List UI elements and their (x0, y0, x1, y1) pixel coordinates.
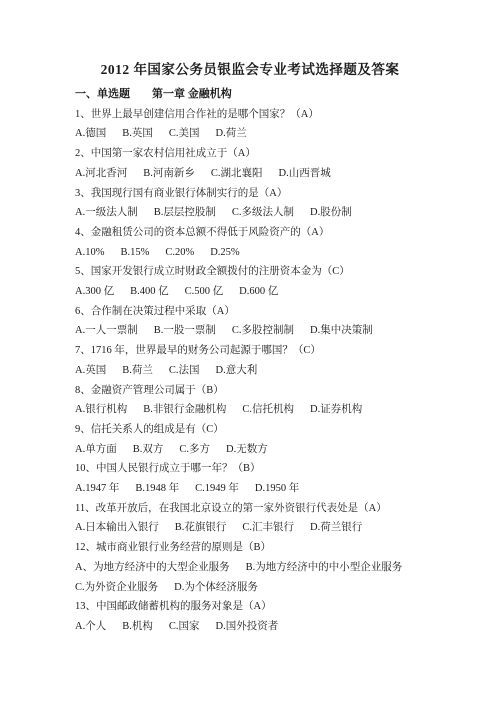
option-item: C.1949 年 (195, 479, 239, 499)
option-item: B.一股一票制 (154, 321, 216, 341)
options-line: A.单方面B.双方C.多方D.无数方 (75, 440, 445, 460)
question-block: 10、中国人民银行成立于哪一年？（B）A.1947 年B.1948 年C.194… (75, 459, 445, 498)
question-block: 5、国家开发银行成立时财政全额拨付的注册资本金为（C）A.300 亿B.400 … (75, 262, 445, 301)
option-item: C.多股控制制 (232, 321, 294, 341)
questions-list: 1、世界上最早创建信用合作社的是哪个国家？（A）A.德国B.英国C.美国D.荷兰… (75, 105, 445, 637)
option-item: C.法国 (169, 361, 200, 381)
option-item: D.证券机构 (310, 400, 362, 420)
question-block: 13、中国邮政储蓄机构的服务对象是（A）A.个人B.机构C.国家D.国外投资者 (75, 597, 445, 636)
option-item: D.国外投资者 (216, 617, 279, 637)
option-item: B.1948 年 (135, 479, 179, 499)
options-line: C.为外资企业服务D.为个体经济服务 (75, 578, 445, 598)
option-item: A.个人 (75, 617, 106, 637)
option-item: B.非银行金融机构 (143, 400, 226, 420)
page-title: 2012 年国家公务员银监会专业考试选择题及答案 (0, 0, 500, 83)
options-line: A.一人一票制B.一股一票制C.多股控制制D.集中决策制 (75, 321, 445, 341)
options-line: A.英国B.荷兰C.法国D.意大利 (75, 361, 445, 381)
option-item: A.日本输出入银行 (75, 518, 159, 538)
option-item: A.一级法人制 (75, 203, 138, 223)
option-item: C.20% (165, 243, 194, 263)
option-item: A、为地方经济中的大型企业服务 (75, 558, 230, 578)
option-item: A.10% (75, 243, 104, 263)
option-item: B.荷兰 (122, 361, 153, 381)
question-text: 13、中国邮政储蓄机构的服务对象是（A） (75, 597, 445, 617)
question-block: 11、改革开放后，在我国北京设立的第一家外资银行代表处是（A）A.日本输出入银行… (75, 499, 445, 538)
option-item: A.一人一票制 (75, 321, 138, 341)
options-line: A、为地方经济中的大型企业服务B.为地方经济中的中小型企业服务 (75, 558, 445, 578)
option-item: B.为地方经济中的中小型企业服务 (246, 558, 403, 578)
option-item: D.1950 年 (255, 479, 299, 499)
question-block: 7、1716 年，世界最早的财务公司起源于哪国？（C）A.英国B.荷兰C.法国D… (75, 341, 445, 380)
question-text: 4、金融租赁公司的资本总额不得低于风险资产的（A） (75, 223, 445, 243)
option-item: B.15% (120, 243, 149, 263)
option-item: D.25% (210, 243, 239, 263)
question-text: 9、信托关系人的组成是有（C） (75, 420, 445, 440)
option-item: B.机构 (122, 617, 153, 637)
options-line: A.个人B.机构C.国家D.国外投资者 (75, 617, 445, 637)
question-text: 6、合作制在决策过程中采取（A） (75, 302, 445, 322)
question-block: 12、城市商业银行业务经营的原则是（B）A、为地方经济中的大型企业服务B.为地方… (75, 538, 445, 597)
question-block: 1、世界上最早创建信用合作社的是哪个国家？（A）A.德国B.英国C.美国D.荷兰 (75, 105, 445, 144)
option-item: B.英国 (122, 124, 153, 144)
option-item: A.银行机构 (75, 400, 127, 420)
option-item: D.无数方 (226, 440, 268, 460)
options-line: A.10%B.15%C.20%D.25% (75, 243, 445, 263)
options-line: A.河北香河B.河南新乡C.湖北襄阳D.山西晋城 (75, 164, 445, 184)
option-item: C.湖北襄阳 (211, 164, 263, 184)
options-line: A.300 亿B.400 亿C.500 亿D.600 亿 (75, 282, 445, 302)
question-text: 1、世界上最早创建信用合作社的是哪个国家？（A） (75, 105, 445, 125)
question-block: 8、金融资产管理公司属于（B）A.银行机构B.非银行金融机构C.信托机构D.证券… (75, 381, 445, 420)
option-item: C.国家 (169, 617, 200, 637)
option-item: D.荷兰 (216, 124, 247, 144)
question-text: 11、改革开放后，在我国北京设立的第一家外资银行代表处是（A） (75, 499, 445, 519)
option-item: B.层层控股制 (154, 203, 216, 223)
option-item: B.双方 (133, 440, 164, 460)
option-item: A.1947 年 (75, 479, 119, 499)
option-item: D.山西晋城 (279, 164, 331, 184)
option-item: D.600 亿 (239, 282, 278, 302)
options-line: A.一级法人制B.层层控股制C.多级法人制D.股份制 (75, 203, 445, 223)
question-text: 2、中国第一家农村信用社成立于（A） (75, 144, 445, 164)
option-item: A.河北香河 (75, 164, 127, 184)
option-item: C.汇丰银行 (242, 518, 294, 538)
option-item: A.单方面 (75, 440, 117, 460)
option-item: A.英国 (75, 361, 106, 381)
option-item: C.多级法人制 (232, 203, 294, 223)
question-text: 5、国家开发银行成立时财政全额拨付的注册资本金为（C） (75, 262, 445, 282)
option-item: B.河南新乡 (143, 164, 195, 184)
option-item: D.股份制 (310, 203, 352, 223)
options-line: A.1947 年B.1948 年C.1949 年D.1950 年 (75, 479, 445, 499)
options-line: A.德国B.英国C.美国D.荷兰 (75, 124, 445, 144)
option-item: D.为个体经济服务 (174, 578, 258, 598)
question-block: 2、中国第一家农村信用社成立于（A）A.河北香河B.河南新乡C.湖北襄阳D.山西… (75, 144, 445, 183)
option-item: C.多方 (179, 440, 210, 460)
question-block: 6、合作制在决策过程中采取（A）A.一人一票制B.一股一票制C.多股控制制D.集… (75, 302, 445, 341)
option-item: A.德国 (75, 124, 106, 144)
question-block: 4、金融租赁公司的资本总额不得低于风险资产的（A）A.10%B.15%C.20%… (75, 223, 445, 262)
option-item: D.集中决策制 (310, 321, 373, 341)
question-text: 7、1716 年，世界最早的财务公司起源于哪国？（C） (75, 341, 445, 361)
options-line: A.银行机构B.非银行金融机构C.信托机构D.证券机构 (75, 400, 445, 420)
option-item: D.意大利 (216, 361, 258, 381)
option-item: C.美国 (169, 124, 200, 144)
option-item: C.为外资企业服务 (75, 578, 158, 598)
option-item: B.花旗银行 (175, 518, 227, 538)
option-item: C.信托机构 (242, 400, 294, 420)
option-item: C.500 亿 (185, 282, 224, 302)
option-item: A.300 亿 (75, 282, 114, 302)
option-item: B.400 亿 (130, 282, 169, 302)
question-text: 10、中国人民银行成立于哪一年？（B） (75, 459, 445, 479)
document-page: 2012 年国家公务员银监会专业考试选择题及答案 一、单选题 第一章 金融机构 … (0, 0, 500, 708)
section-heading: 一、单选题 第一章 金融机构 (75, 85, 445, 105)
question-text: 8、金融资产管理公司属于（B） (75, 381, 445, 401)
options-line: A.日本输出入银行B.花旗银行C.汇丰银行D.荷兰银行 (75, 518, 445, 538)
question-block: 9、信托关系人的组成是有（C）A.单方面B.双方C.多方D.无数方 (75, 420, 445, 459)
question-block: 3、我国现行国有商业银行体制实行的是（A）A.一级法人制B.层层控股制C.多级法… (75, 184, 445, 223)
document-content: 一、单选题 第一章 金融机构 1、世界上最早创建信用合作社的是哪个国家？（A）A… (0, 85, 500, 637)
option-item: D.荷兰银行 (310, 518, 362, 538)
question-text: 12、城市商业银行业务经营的原则是（B） (75, 538, 445, 558)
question-text: 3、我国现行国有商业银行体制实行的是（A） (75, 184, 445, 204)
